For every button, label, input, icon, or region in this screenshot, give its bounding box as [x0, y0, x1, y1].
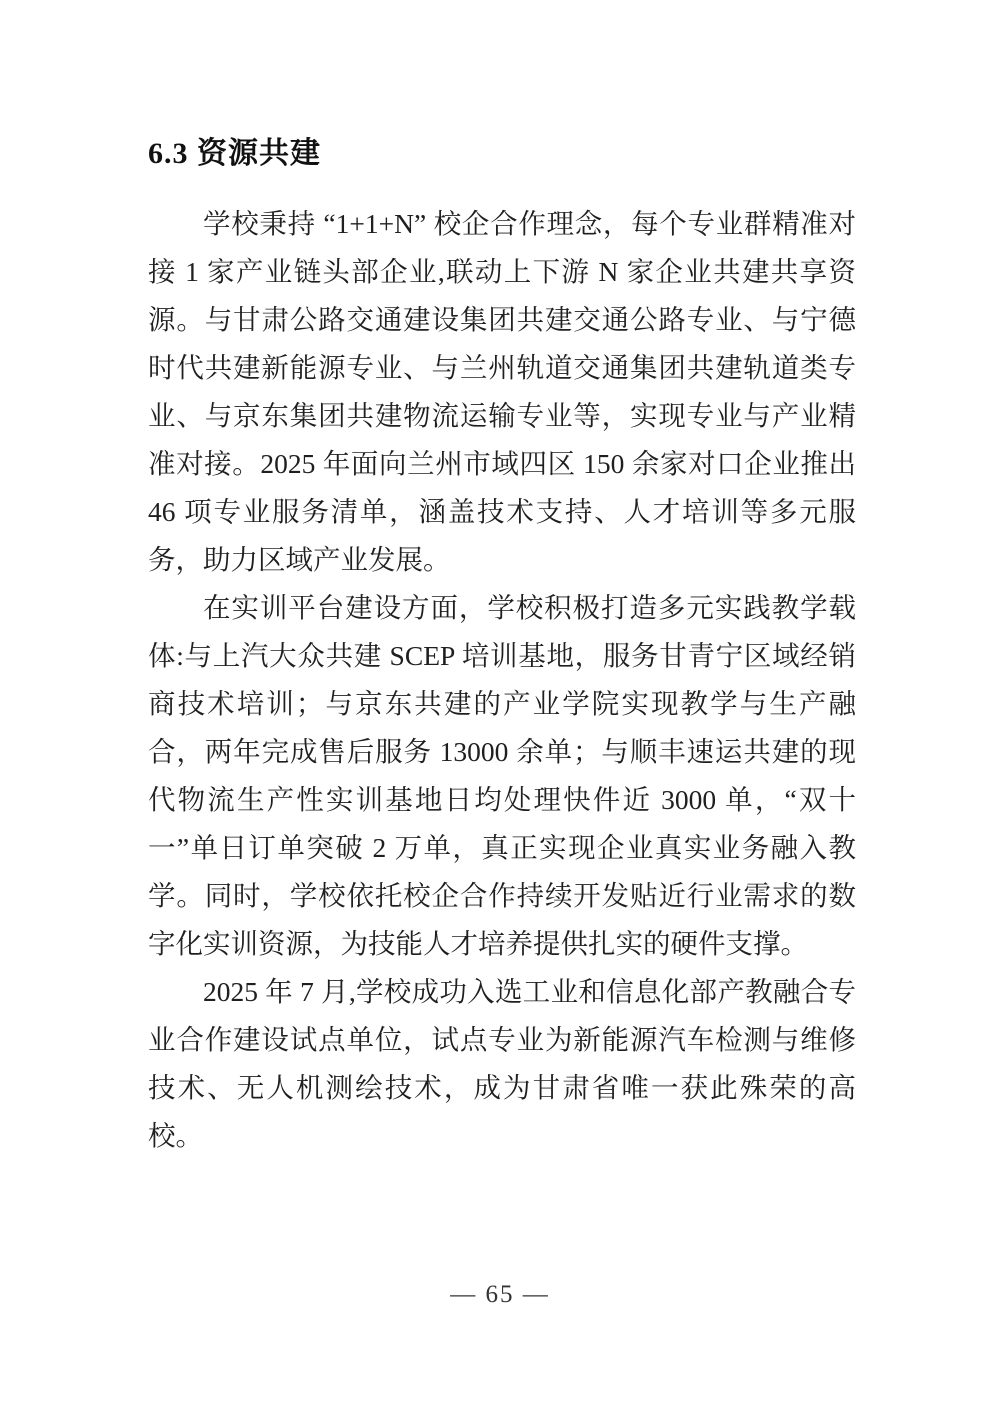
section-heading: 6.3 资源共建 — [148, 136, 856, 172]
document-page: 6.3 资源共建 学校秉持 “1+1+N” 校企合作理念，每个专业群精准对接 1… — [0, 0, 1000, 1415]
page-number: — 65 — — [0, 1278, 1000, 1312]
paragraph-pilot-selection: 2025 年 7 月,学校成功入选工业和信息化部产教融合专业合作建设试点单位，试… — [148, 968, 856, 1160]
page-content: 6.3 资源共建 学校秉持 “1+1+N” 校企合作理念，每个专业群精准对接 1… — [0, 0, 1000, 1160]
paragraph-resource-cobuild-overview: 学校秉持 “1+1+N” 校企合作理念，每个专业群精准对接 1 家产业链头部企业… — [148, 200, 856, 584]
paragraph-training-platform: 在实训平台建设方面，学校积极打造多元实践教学载体:与上汽大众共建 SCEP 培训… — [148, 584, 856, 968]
